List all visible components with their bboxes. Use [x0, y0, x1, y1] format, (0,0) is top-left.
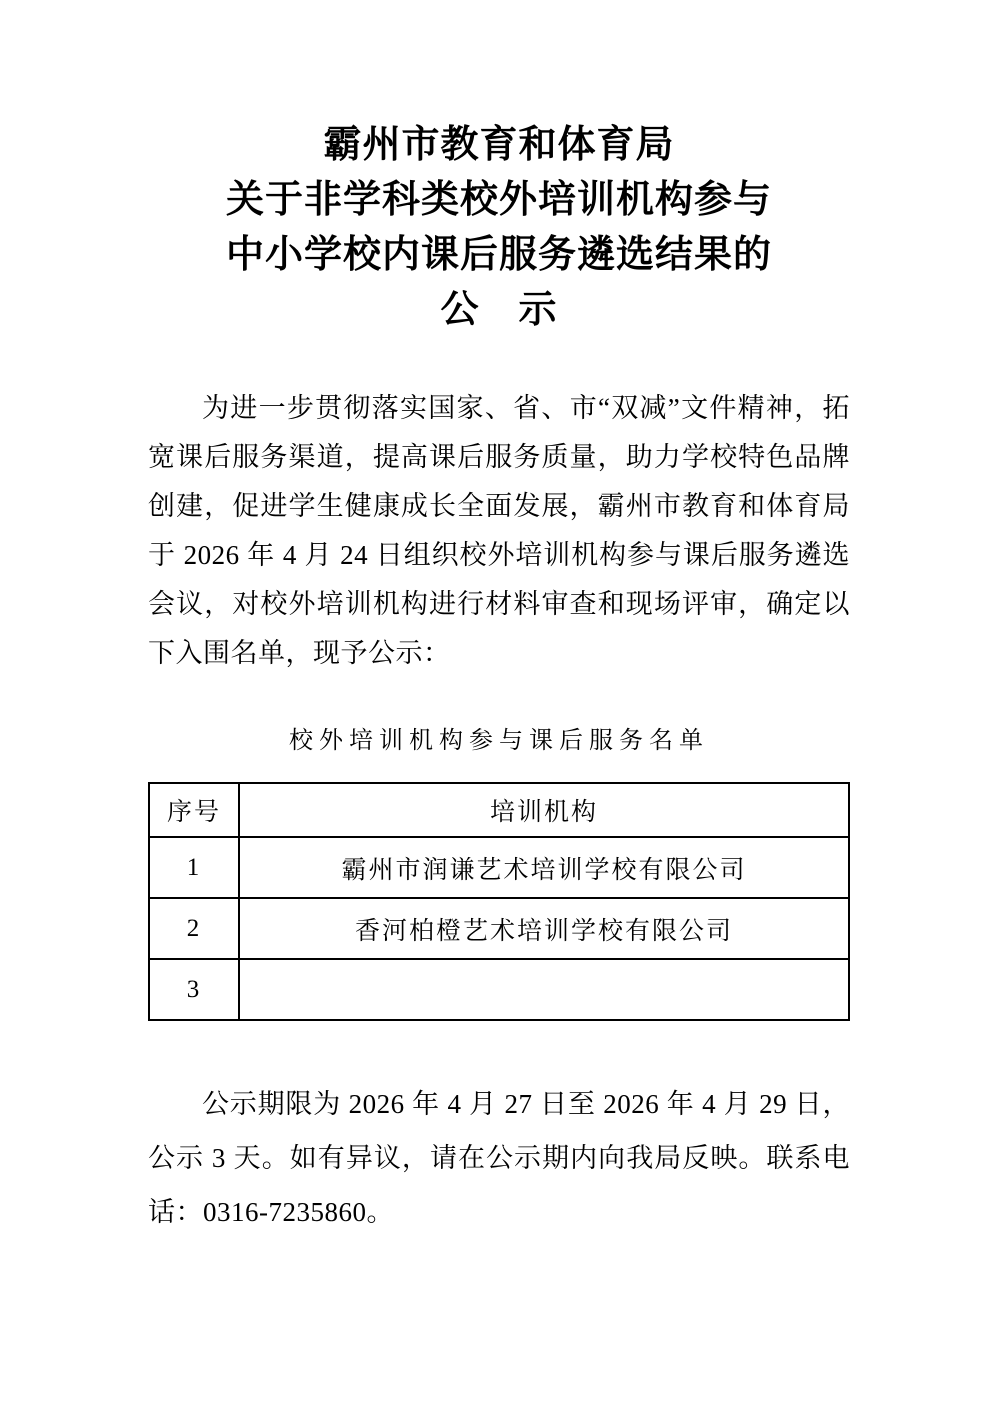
title-line-notice-type: 公 示: [148, 283, 850, 338]
column-header-serial-no: 序号: [149, 783, 239, 837]
table-title: 校外培训机构参与课后服务名单: [148, 720, 850, 755]
selected-institutions-table: 序号 培训机构 1 霸州市润谦艺术培训学校有限公司 2 香河柏橙艺术培训学校有限…: [148, 782, 850, 1021]
table-row: 1 霸州市润谦艺术培训学校有限公司: [149, 837, 849, 898]
table-row: 2 香河柏橙艺术培训学校有限公司: [149, 898, 849, 959]
table-header-row: 序号 培训机构: [149, 783, 849, 837]
title-line-subject-1: 关于非学科类校外培训机构参与: [148, 173, 850, 228]
intro-paragraph: 为进一步贯彻落实国家、省、市“双减”文件精神，拓宽课后服务渠道，提高课后服务质量…: [148, 384, 850, 678]
document-title: 霸州市教育和体育局 关于非学科类校外培训机构参与 中小学校内课后服务遴选结果的 …: [148, 118, 850, 338]
table-row: 3: [149, 959, 849, 1020]
cell-institution: 香河柏橙艺术培训学校有限公司: [239, 898, 849, 959]
page-content: 霸州市教育和体育局 关于非学科类校外培训机构参与 中小学校内课后服务遴选结果的 …: [0, 0, 1000, 1414]
cell-institution: [239, 959, 849, 1020]
cell-serial-no: 3: [149, 959, 239, 1020]
title-line-agency: 霸州市教育和体育局: [148, 118, 850, 173]
cell-serial-no: 1: [149, 837, 239, 898]
cell-institution: 霸州市润谦艺术培训学校有限公司: [239, 837, 849, 898]
cell-serial-no: 2: [149, 898, 239, 959]
notice-page: 霸州市教育和体育局 关于非学科类校外培训机构参与 中小学校内课后服务遴选结果的 …: [0, 0, 1000, 1414]
column-header-institution: 培训机构: [239, 783, 849, 837]
title-line-subject-2: 中小学校内课后服务遴选结果的: [148, 228, 850, 283]
publicity-period-paragraph: 公示期限为 2026 年 4 月 27 日至 2026 年 4 月 29 日，公…: [148, 1077, 850, 1239]
